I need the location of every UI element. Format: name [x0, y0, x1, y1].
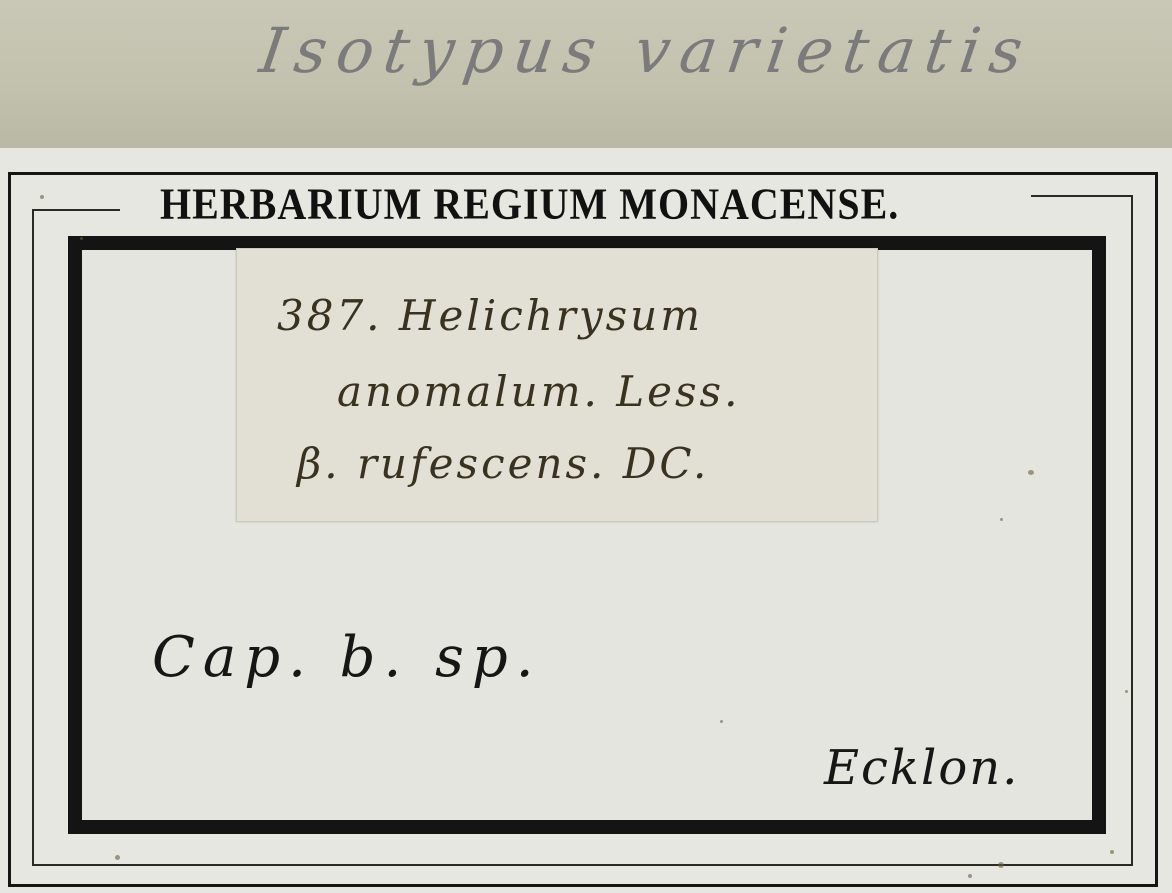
mount-sheet-top: Isotypus varietatis — [0, 0, 1172, 150]
foxing-spot — [80, 237, 83, 240]
thin-border-top-left-segment — [32, 209, 120, 211]
thin-border-corner — [1131, 195, 1133, 211]
foxing-spot — [720, 720, 723, 723]
taxon-number-genus: 387. Helichrysum — [277, 291, 703, 340]
pasted-determination-label: 387. Helichrysum anomalum. Less. β. rufe… — [236, 248, 878, 522]
thin-border-top-right-segment — [1031, 195, 1132, 197]
foxing-spot — [1000, 518, 1003, 521]
herbarium-header: HERBARIUM REGIUM MONACENSE. — [160, 178, 1020, 231]
collector-name: Ecklon. — [824, 740, 1019, 796]
variety-author: β. rufescens. DC. — [297, 439, 709, 488]
foxing-spot — [1110, 850, 1114, 854]
foxing-spot — [998, 862, 1004, 868]
foxing-spot — [1028, 470, 1034, 475]
species-author: anomalum. Less. — [337, 367, 740, 416]
foxing-spot — [1125, 690, 1128, 693]
foxing-spot — [968, 874, 972, 878]
locality-text: Cap. b. sp. — [152, 625, 542, 690]
foxing-spot — [40, 195, 44, 199]
foxing-spot — [115, 855, 120, 860]
pencil-annotation: Isotypus varietatis — [250, 14, 1085, 124]
